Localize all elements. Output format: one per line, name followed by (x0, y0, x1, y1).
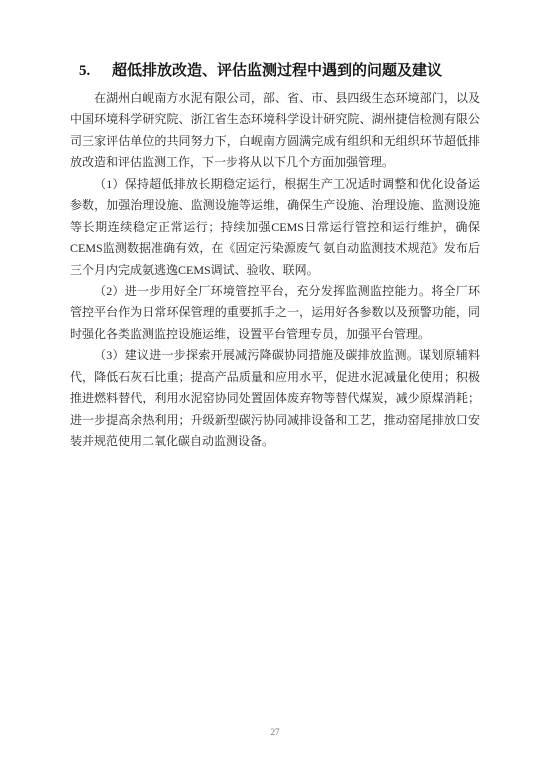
paragraph-line: 时强化各类监测监控设施运维，设置平台管理专员，加强平台管理。 (70, 324, 480, 345)
document-page: 5.超低排放改造、评估监测过程中遇到的问题及建议 在湖州白岘南方水泥有限公司，部… (0, 0, 550, 777)
paragraph-line: 代，降低石灰石比重；提高产品质量和应用水平，促进水泥减量化使用；积极 (70, 367, 480, 388)
paragraph-line: 进一步提高余热利用；升级新型碳污协同减排设备和工艺，推动窑尾排放口安 (70, 410, 480, 431)
paragraph-line: 中国环境科学研究院、浙江省生态环境科学设计研究院、湖州捷信检测有限公 (70, 109, 480, 130)
section-number: 5. (79, 61, 112, 81)
page-number: 27 (0, 727, 550, 737)
paragraph-line: 三个月内完成氨逃逸CEMS调试、验收、联网。 (70, 260, 480, 281)
paragraph-line: （3）建议进一步探索开展减污降碳协同措施及碳排放监测。谋划原辅料替 (70, 345, 480, 366)
section-heading: 5.超低排放改造、评估监测过程中遇到的问题及建议 (79, 61, 480, 81)
paragraph-line: （1）保持超低排放长期稳定运行，根据生产工况适时调整和优化设备运行 (70, 174, 480, 195)
paragraph-line: 等长期连续稳定正常运行；持续加强CEMS日常运行管控和运行维护，确保 (70, 217, 480, 238)
paragraph-line: 在湖州白岘南方水泥有限公司，部、省、市、县四级生态环境部门，以及 (70, 88, 480, 109)
paragraph-line: 司三家评估单位的共同努力下，白岘南方圆满完成有组织和无组织环节超低排 (70, 131, 480, 152)
section-title: 超低排放改造、评估监测过程中遇到的问题及建议 (112, 63, 442, 79)
paragraph-line: （2）进一步用好全厂环境管控平台，充分发挥监测监控能力。将全厂环境 (70, 281, 480, 302)
paragraph-line: 放改造和评估监测工作，下一步将从以下几个方面加强管理。 (70, 152, 480, 173)
paragraph-line: 装并规范使用二氧化碳自动监测设备。 (70, 431, 480, 452)
paragraph-line: 参数，加强治理设施、监测设施等运维，确保生产设施、治理设施、监测设施 (70, 195, 480, 216)
document-body: 在湖州白岘南方水泥有限公司，部、省、市、县四级生态环境部门，以及 中国环境科学研… (70, 88, 480, 452)
paragraph-line: CEMS监测数据准确有效，在《固定污染源废气 氨自动监测技术规范》发布后 (70, 238, 480, 259)
paragraph-line: 管控平台作为日常环保管理的重要抓手之一，运用好各参数以及预警功能，同 (70, 302, 480, 323)
paragraph-line: 推进燃料替代，利用水泥窑协同处置固体废弃物等替代煤炭，减少原煤消耗； (70, 388, 480, 409)
